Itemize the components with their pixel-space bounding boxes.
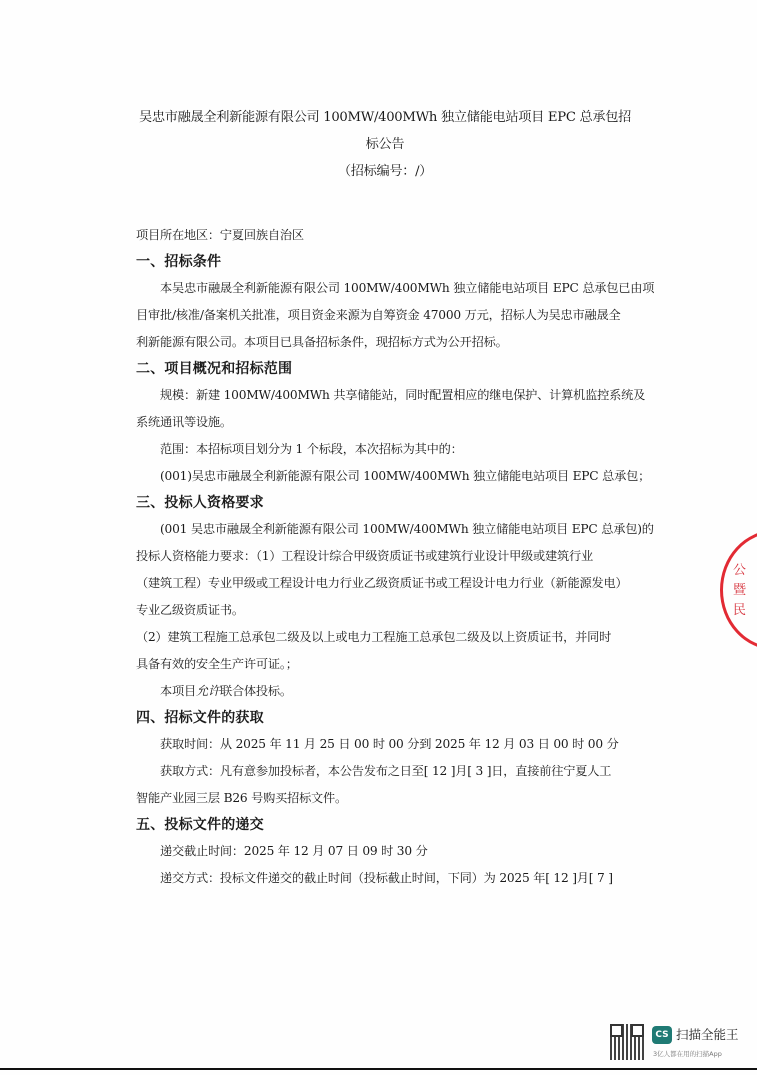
text-fragment-italic: 允许	[196, 684, 220, 698]
paragraph-line: 递交截止时间：2025 年 12 月 07 日 09 时 30 分	[136, 838, 634, 865]
paragraph-line: 具备有效的安全生产许可证。；	[136, 651, 634, 678]
camscanner-logo-icon: CS	[652, 1026, 672, 1044]
official-seal-stamp: 公 暨 民	[720, 530, 757, 650]
title-line-1: 吴忠市融晟全利新能源有限公司 100MW/400MWh 独立储能电站项目 EPC…	[130, 104, 640, 131]
paragraph-line: (001)吴忠市融晟全利新能源有限公司 100MW/400MWh 独立储能电站项…	[136, 463, 634, 490]
section-heading-document-acquisition: 四、招标文件的获取	[136, 705, 634, 731]
paragraph-line: 递交方式：投标文件递交的截止时间（投标截止时间，下同）为 2025 年[ 12 …	[136, 865, 634, 892]
section-heading-tender-conditions: 一、招标条件	[136, 249, 634, 275]
paragraph-line: （建筑工程）专业甲级或工程设计电力行业乙级资质证书或工程设计电力行业（新能源发电…	[136, 570, 634, 597]
paragraph-line: 规模：新建 100MW/400MWh 共享储能站，同时配置相应的继电保护、计算机…	[136, 382, 634, 409]
text-fragment: 联合体投标。	[220, 684, 292, 698]
consortium-statement: 本项目允许联合体投标。	[136, 678, 634, 705]
paragraph-line: 投标人资格能力要求：（1）工程设计综合甲级资质证书或建筑行业设计甲级或建筑行业	[136, 543, 634, 570]
text-fragment: 本项目	[160, 684, 196, 698]
paragraph-line: (001 吴忠市融晟全利新能源有限公司 100MW/400MWh 独立储能电站项…	[136, 516, 634, 543]
paragraph-line: 专业乙级资质证书。	[136, 597, 634, 624]
title-line-2: 标公告	[130, 131, 640, 158]
paragraph-line: 智能产业园三层 B26 号购买招标文件。	[136, 785, 634, 812]
seal-text: 公 暨 民	[733, 561, 749, 621]
watermark-app-name: 扫描全能王	[676, 1026, 739, 1044]
paragraph-line: 本吴忠市融晟全利新能源有限公司 100MW/400MWh 独立储能电站项目 EP…	[136, 275, 634, 302]
section-heading-project-overview: 二、项目概况和招标范围	[136, 356, 634, 382]
camscanner-watermark: CS 扫描全能王 3亿人都在用的扫描App	[610, 1024, 757, 1064]
document-title: 吴忠市融晟全利新能源有限公司 100MW/400MWh 独立储能电站项目 EPC…	[130, 104, 640, 185]
paragraph-line: 利新能源有限公司。本项目已具备招标条件，现招标方式为公开招标。	[136, 329, 634, 356]
document-body: 项目所在地区：宁夏回族自治区 一、招标条件 本吴忠市融晟全利新能源有限公司 10…	[136, 222, 634, 892]
paragraph-line: 获取方式：凡有意参加投标者，本公告发布之日至[ 12 ]月[ 3 ]日，直接前往…	[136, 758, 634, 785]
paragraph-line: （2）建筑工程施工总承包二级及以上或电力工程施工总承包二级及以上资质证书，并同时	[136, 624, 634, 651]
section-heading-bidder-qualifications: 三、投标人资格要求	[136, 490, 634, 516]
section-heading-bid-submission: 五、投标文件的递交	[136, 812, 634, 838]
watermark-tagline: 3亿人都在用的扫描App	[653, 1049, 722, 1058]
paragraph-line: 系统通讯等设施。	[136, 409, 634, 436]
paragraph-line: 目审批/核准/备案机关批准，项目资金来源为自筹资金 47000 万元，招标人为吴…	[136, 302, 634, 329]
page-bottom-border	[0, 1068, 757, 1070]
paragraph-line: 获取时间：从 2025 年 11 月 25 日 00 时 00 分到 2025 …	[136, 731, 634, 758]
tender-number: （招标编号：/）	[130, 158, 640, 185]
qr-code-icon	[610, 1024, 644, 1060]
project-region: 项目所在地区：宁夏回族自治区	[136, 222, 634, 249]
scanned-document-page: 吴忠市融晟全利新能源有限公司 100MW/400MWh 独立储能电站项目 EPC…	[0, 0, 757, 1075]
paragraph-line: 范围：本招标项目划分为 1 个标段，本次招标为其中的：	[136, 436, 634, 463]
